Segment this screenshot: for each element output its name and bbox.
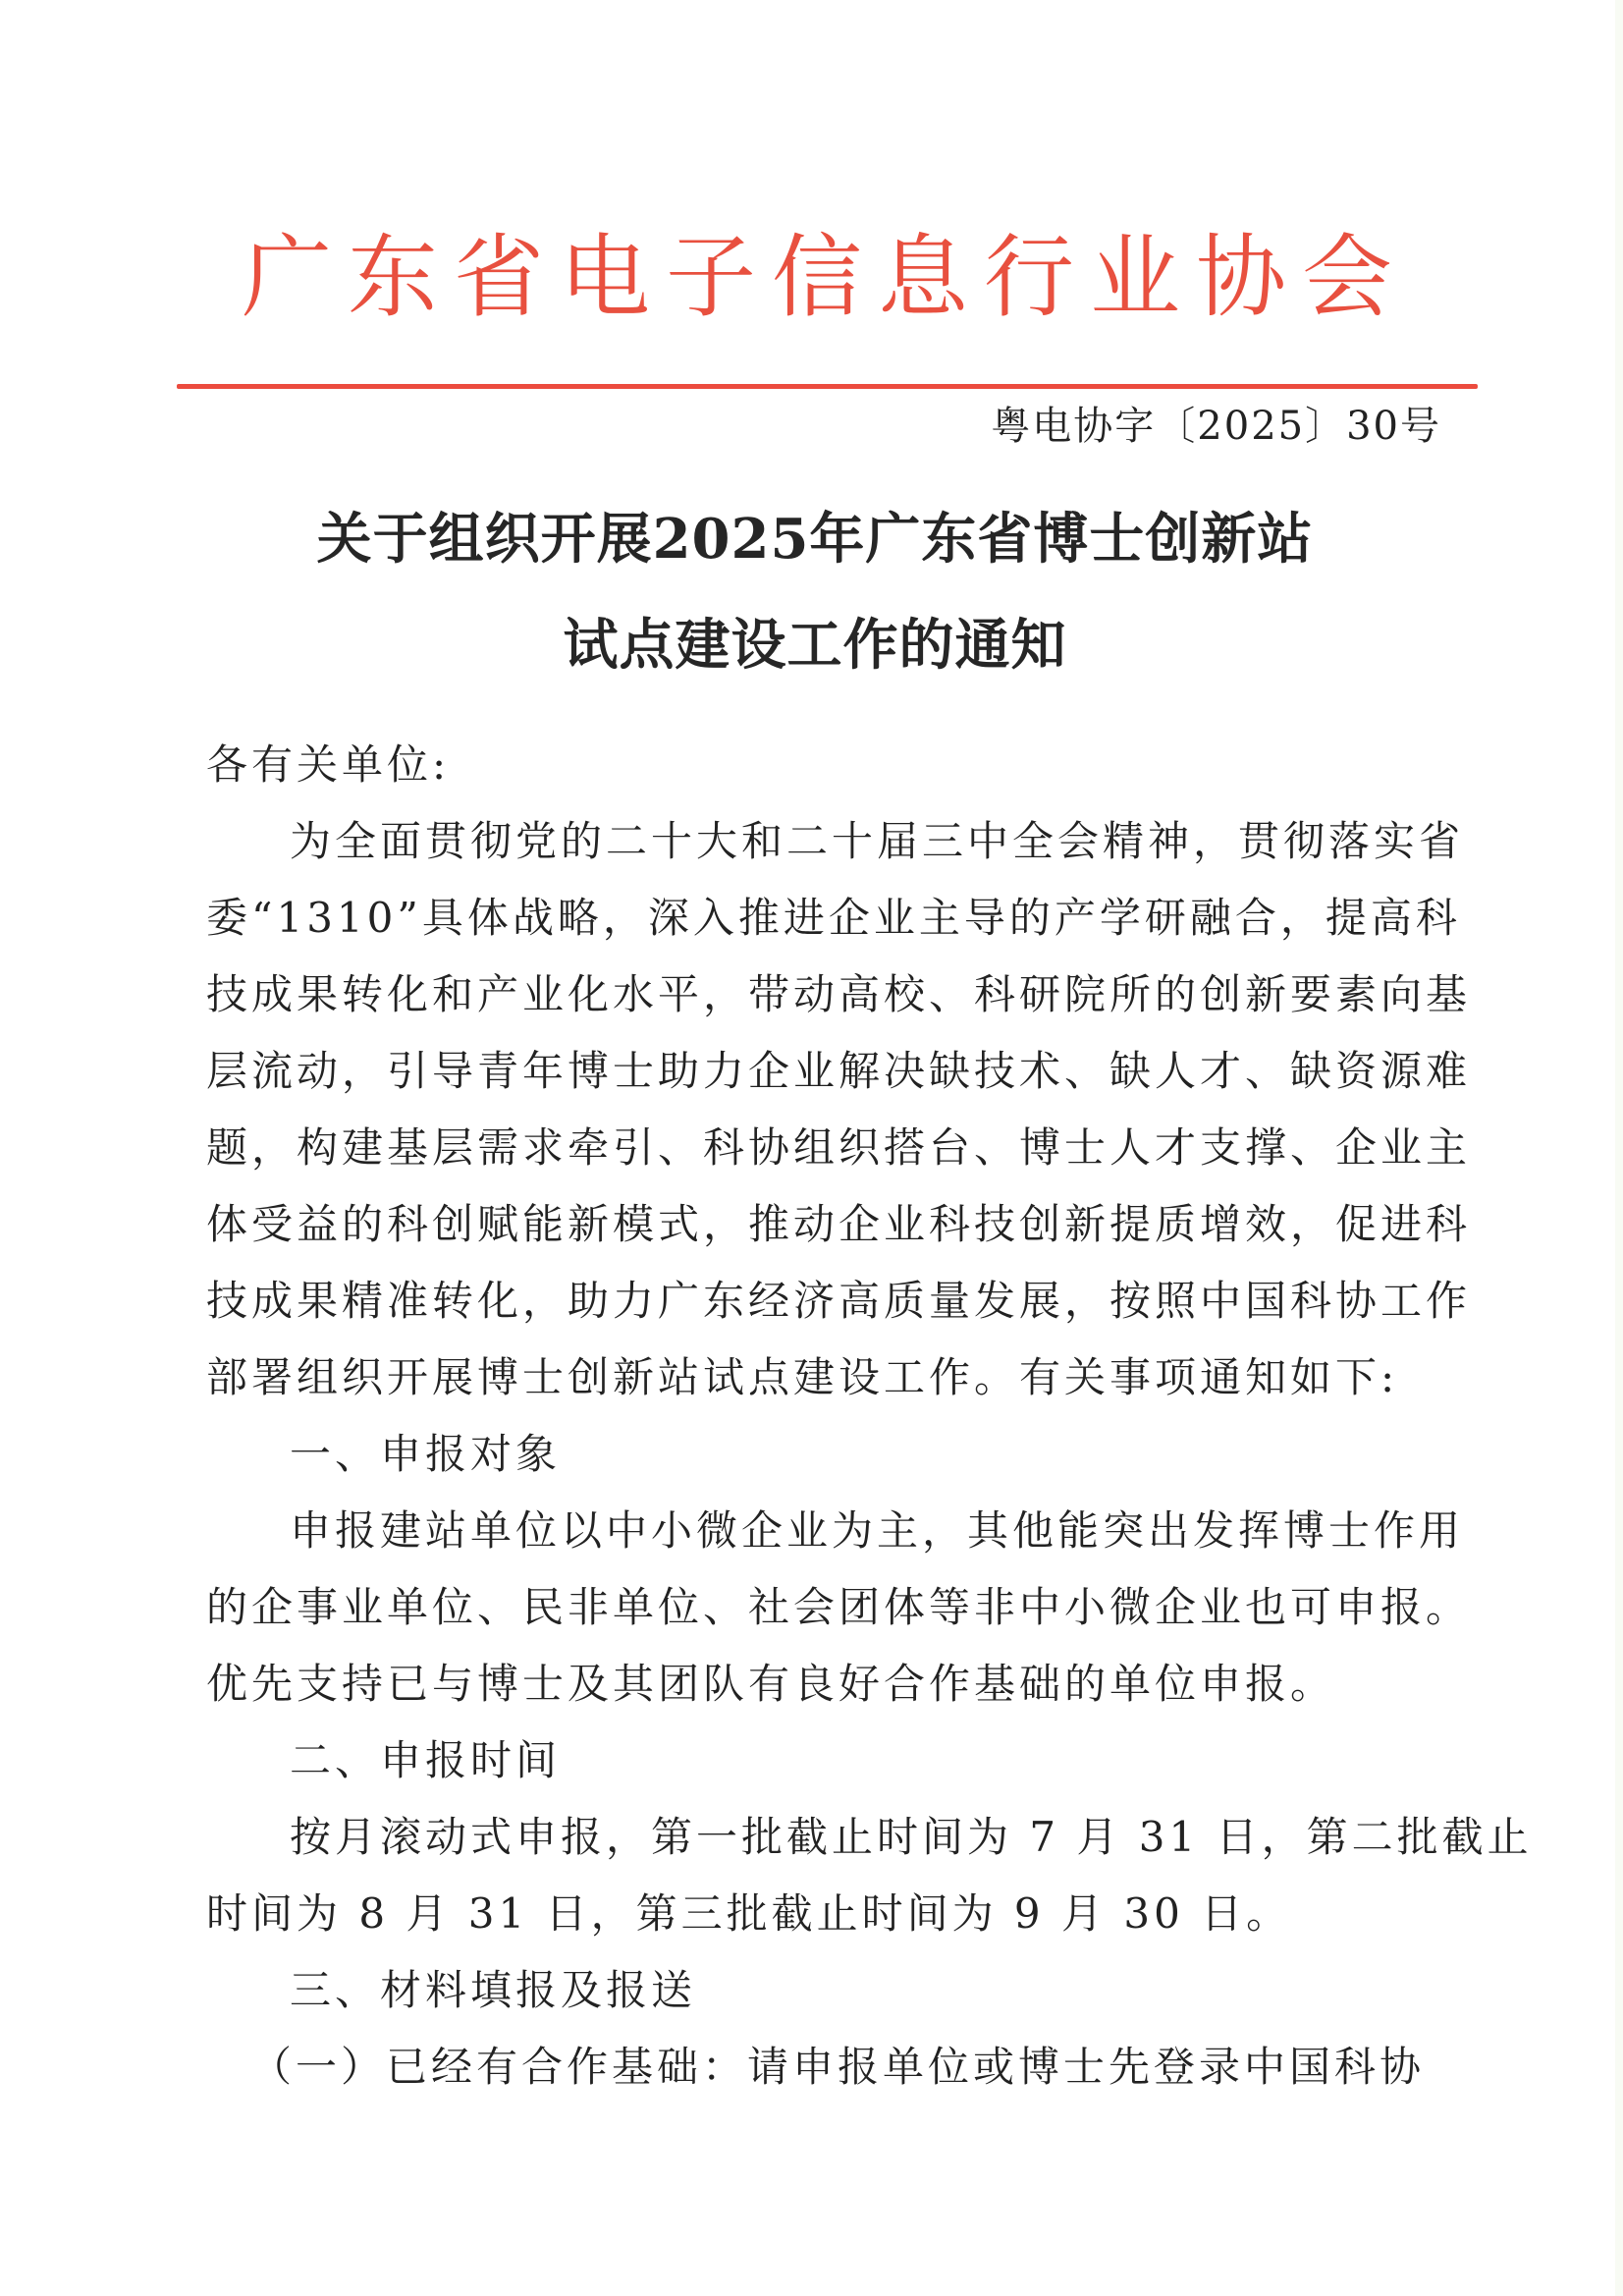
document-number: 粤电协字〔2025〕30号 bbox=[991, 399, 1441, 454]
section-heading-applicants: 一、申报对象 bbox=[290, 1416, 1463, 1493]
red-divider-rule bbox=[177, 384, 1478, 389]
intro-paragraph-line: 题，构建基层需求牵引、科协组织搭台、博士人才支撑、企业主 bbox=[206, 1110, 1463, 1186]
intro-paragraph-line: 委“1310”具体战略，深入推进企业主导的产学研融合，提高科 bbox=[206, 880, 1463, 957]
section-paragraph-line: 申报建站单位以中小微企业为主，其他能突出发挥博士作用 bbox=[290, 1493, 1463, 1569]
section-heading-application-time: 二、申报时间 bbox=[290, 1722, 1463, 1799]
document-title-line-2: 试点建设工作的通知 bbox=[157, 611, 1473, 680]
intro-paragraph-line: 体受益的科创赋能新模式，推动企业科技创新提质增效，促进科 bbox=[206, 1186, 1463, 1263]
intro-paragraph-line: 技成果转化和产业化水平，带动高校、科研院所的创新要素向基 bbox=[206, 957, 1463, 1033]
organization-header: 广东省电子信息行业协会 bbox=[196, 224, 1453, 332]
intro-paragraph-line: 层流动，引导青年博士助力企业解决缺技术、缺人才、缺资源难 bbox=[206, 1033, 1463, 1110]
page-edge bbox=[1615, 0, 1623, 2296]
intro-paragraph-line: 技成果精准转化，助力广东经济高质量发展，按照中国科协工作 bbox=[206, 1263, 1463, 1339]
section-heading-materials: 三、材料填报及报送 bbox=[290, 1952, 1463, 2029]
intro-paragraph-line: 为全面贯彻党的二十大和二十届三中全会精神，贯彻落实省 bbox=[290, 803, 1463, 880]
intro-paragraph-line: 部署组织开展博士创新站试点建设工作。有关事项通知如下: bbox=[206, 1339, 1463, 1416]
document-title-line-1: 关于组织开展2025年广东省博士创新站 bbox=[157, 505, 1473, 574]
section-paragraph-line: 时间为 8 月 31 日，第三批截止时间为 9 月 30 日。 bbox=[206, 1876, 1463, 1952]
salutation: 各有关单位: bbox=[206, 727, 1463, 803]
section-paragraph-line: （一）已经有合作基础：请申报单位或博士先登录中国科协 bbox=[250, 2029, 1463, 2105]
section-paragraph-line: 的企事业单位、民非单位、社会团体等非中小微企业也可申报。 bbox=[206, 1569, 1463, 1646]
section-paragraph-line: 优先支持已与博士及其团队有良好合作基础的单位申报。 bbox=[206, 1646, 1463, 1722]
section-paragraph-line: 按月滚动式申报，第一批截止时间为 7 月 31 日，第二批截止 bbox=[290, 1799, 1463, 1876]
